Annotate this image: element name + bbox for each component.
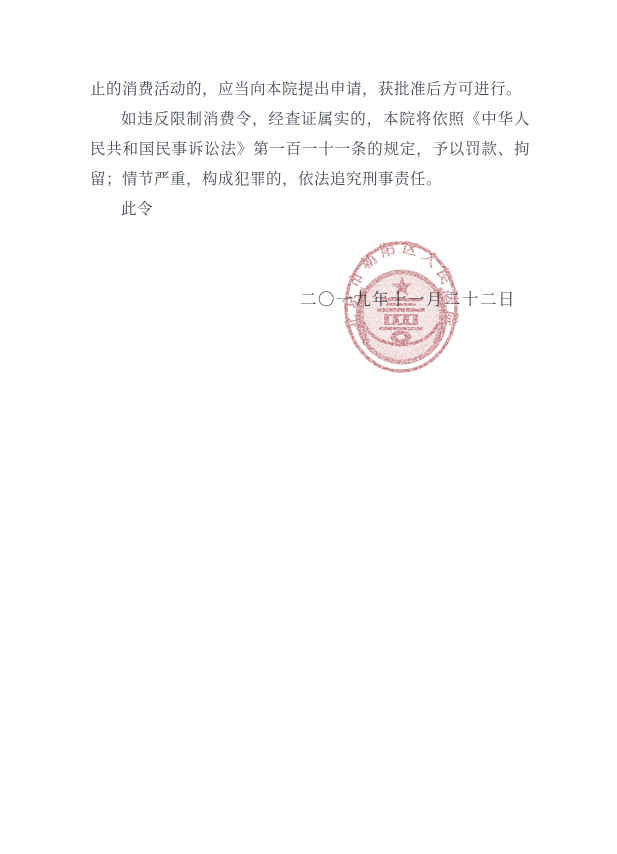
body-paragraph-continuation: 止的消费活动的，应当向本院提出申请，获批准后方可进行。 [90,75,530,105]
national-emblem-icon [358,272,445,362]
body-paragraph-penalty: 如违反限制消费令，经查证属实的，本院将依照《中华人民共和国民事诉讼法》第一百一十… [90,105,530,195]
court-seal: 北京市朝阳区人民法院 [336,230,466,384]
document-body: 止的消费活动的，应当向本院提出申请，获批准后方可进行。 如违反限制消费令，经查证… [90,75,530,225]
date-line: 二〇一九年十一月二十二日 [0,285,617,315]
closing-line: 此令 [90,195,530,225]
court-order-page: 止的消费活动的，应当向本院提出申请，获批准后方可进行。 如违反限制消费令，经查证… [0,0,617,854]
